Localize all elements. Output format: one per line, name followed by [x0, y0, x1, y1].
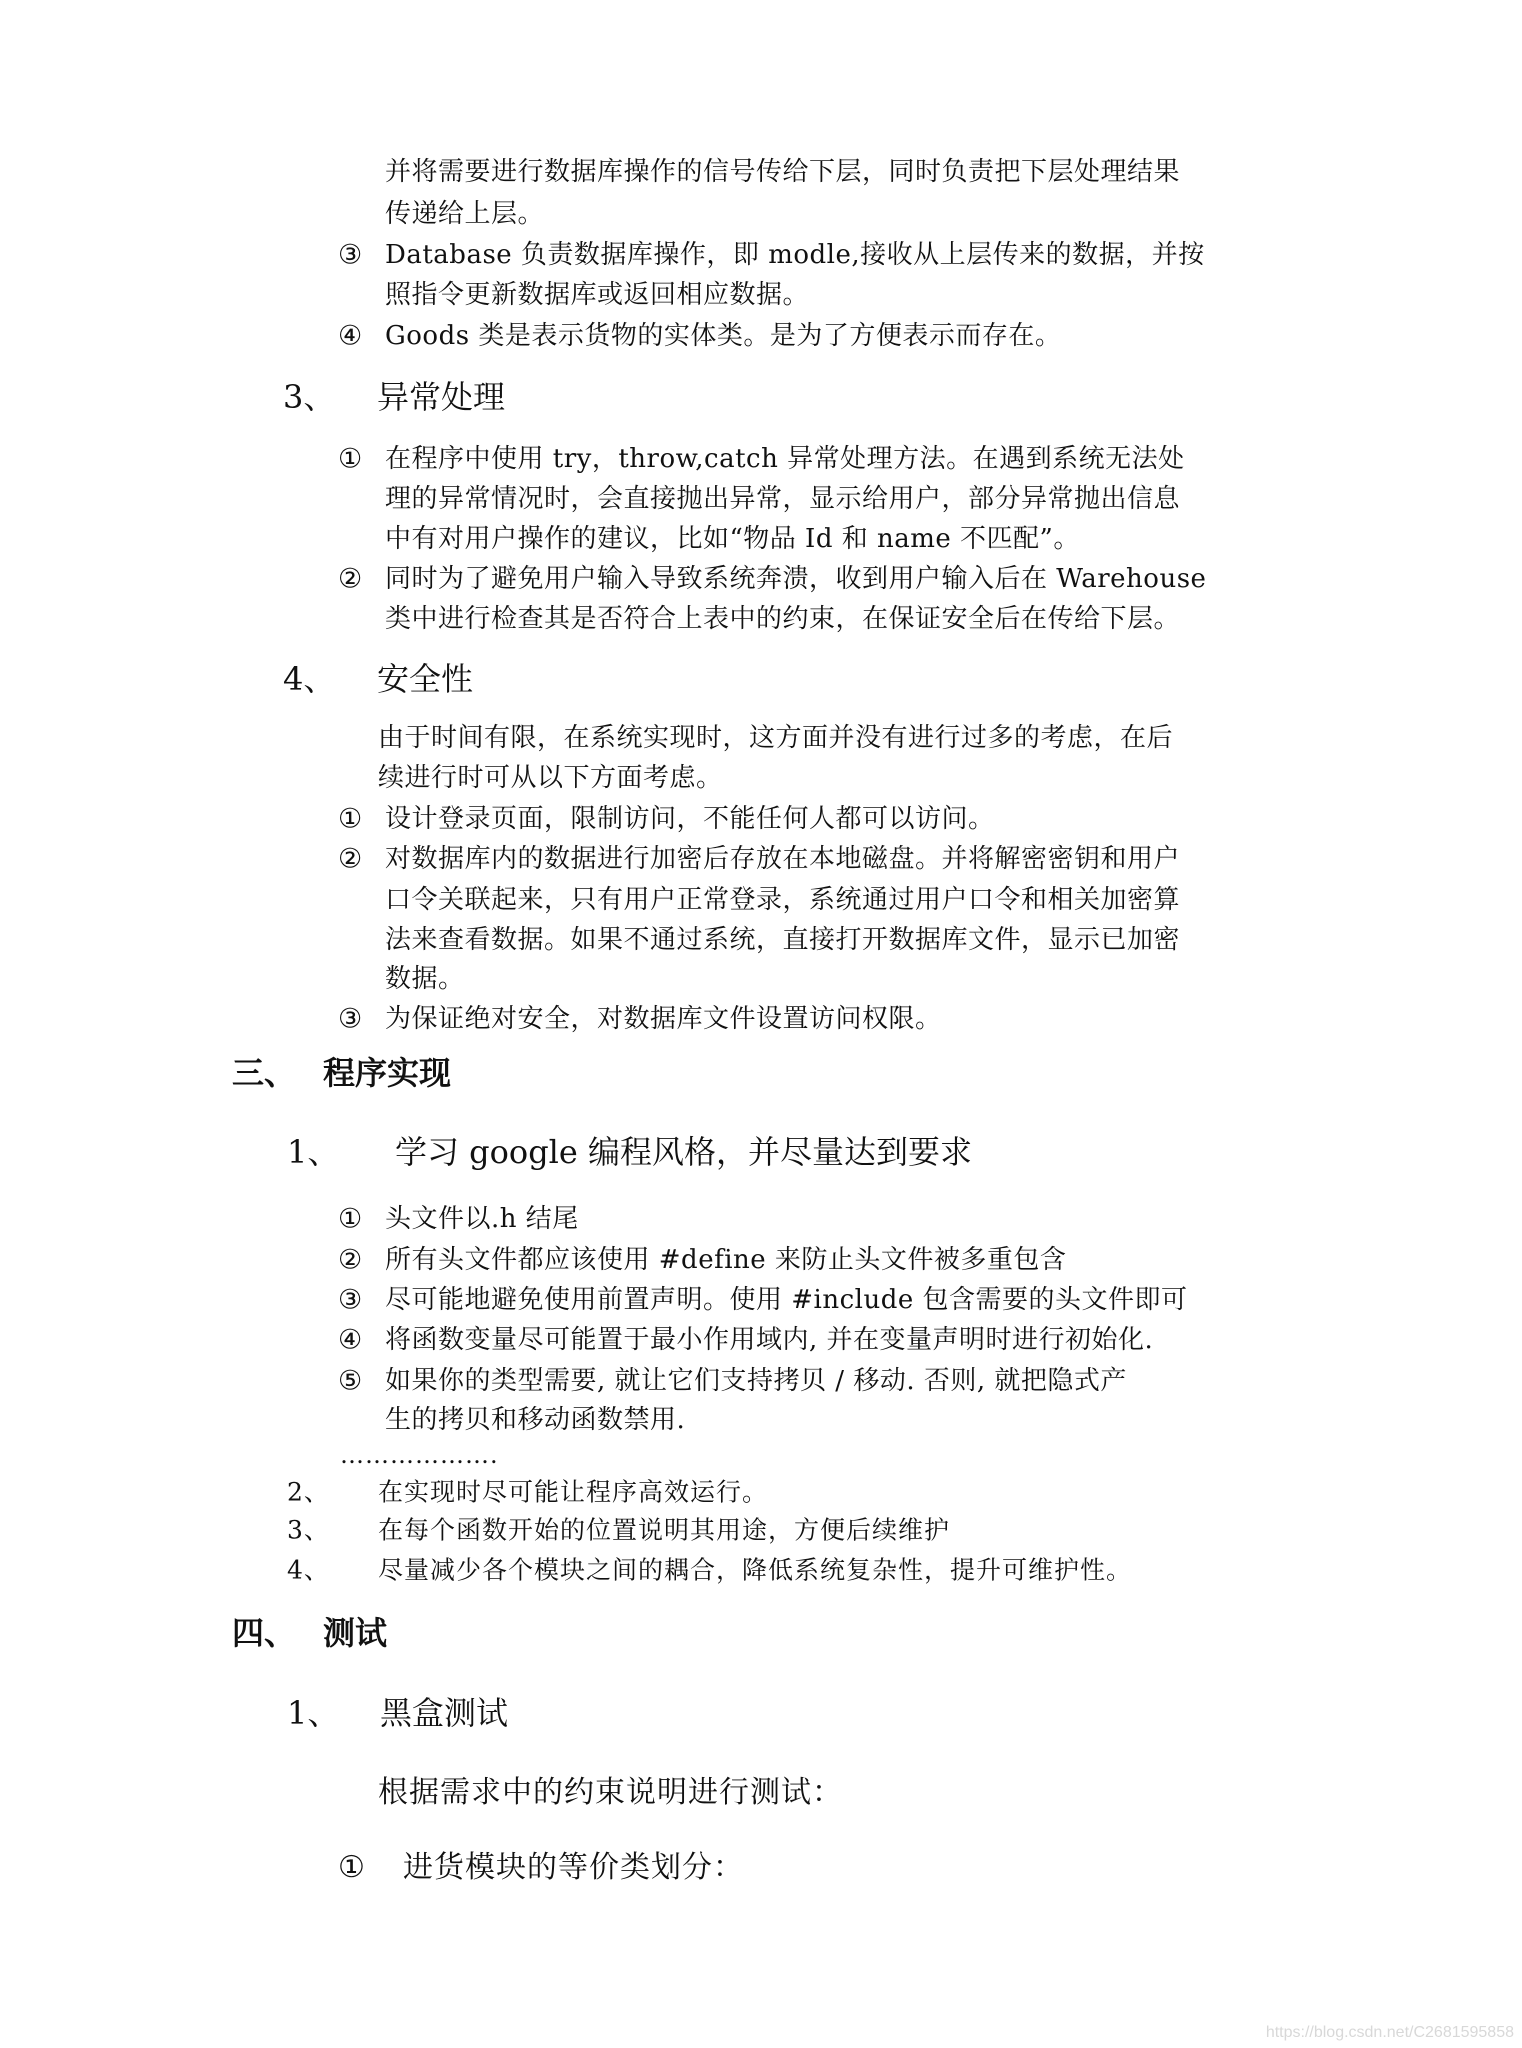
list-item-line: 数据。	[385, 966, 465, 992]
paragraph-line: 传递给上层。	[385, 201, 544, 227]
list-marker: ③	[338, 242, 362, 269]
list-marker: ①	[338, 806, 362, 833]
list-marker: ②	[338, 1247, 362, 1274]
section-title: 程序实现	[323, 1057, 451, 1089]
section-number: 四、	[232, 1617, 296, 1649]
list-item-line: 法来查看数据。如果不通过系统，直接打开数据库文件，显示已加密	[385, 927, 1180, 953]
list-item-line: Database 负责数据库操作，即 modle,接收从上层传来的数据，并按	[385, 242, 1205, 268]
section-number: 三、	[232, 1057, 296, 1089]
list-marker: ⑤	[338, 1368, 362, 1395]
paragraph-line: 由于时间有限，在系统实现时，这方面并没有进行过多的考虑，在后	[378, 725, 1173, 751]
point-number: 2、	[287, 1480, 330, 1505]
subsection-title: 安全性	[377, 663, 473, 695]
watermark: https://blog.csdn.net/C2681595858	[1266, 2024, 1514, 2042]
paragraph-line: 根据需求中的约束说明进行测试：	[378, 1778, 843, 1808]
point-number: 4、	[287, 1558, 330, 1583]
list-item-line: 对数据库内的数据进行加密后存放在本地磁盘。并将解密密钥和用户	[385, 846, 1180, 872]
list-item-line: 进货模块的等价类划分：	[403, 1853, 744, 1883]
list-item-line: 在程序中使用 try，throw,catch 异常处理方法。在遇到系统无法处	[385, 446, 1185, 472]
list-marker: ①	[338, 1853, 366, 1883]
subsection-number: 1、	[287, 1136, 339, 1168]
paragraph-line: 续进行时可从以下方面考虑。	[378, 765, 723, 791]
subsection-number: 1、	[287, 1697, 339, 1729]
subsection-title: 异常处理	[377, 381, 505, 413]
subsection-title: 黑盒测试	[380, 1697, 508, 1729]
list-item-line: 生的拷贝和移动函数禁用.	[385, 1407, 685, 1433]
list-item-line: 设计登录页面，限制访问，不能任何人都可以访问。	[385, 806, 995, 832]
list-marker: ②	[338, 566, 362, 593]
list-marker: ④	[338, 323, 362, 350]
list-marker: ④	[338, 1327, 362, 1354]
list-item-line: 为保证绝对安全，对数据库文件设置访问权限。	[385, 1006, 942, 1032]
ellipsis: ……………….	[340, 1443, 499, 1467]
subsection-number: 3、	[283, 381, 335, 413]
point-text: 在实现时尽可能让程序高效运行。	[378, 1480, 768, 1505]
list-marker: ③	[338, 1006, 362, 1033]
subsection-number: 4、	[283, 663, 335, 695]
list-marker: ③	[338, 1287, 362, 1314]
list-item-line: 照指令更新数据库或返回相应数据。	[385, 282, 809, 308]
list-item-line: Goods 类是表示货物的实体类。是为了方便表示而存在。	[385, 323, 1061, 349]
list-item-line: 尽可能地避免使用前置声明。使用 #include 包含需要的头文件即可	[385, 1287, 1188, 1313]
section-title: 测试	[323, 1617, 387, 1649]
list-item-line: 所有头文件都应该使用 #define 来防止头文件被多重包含	[385, 1247, 1066, 1273]
list-marker: ①	[338, 1206, 362, 1233]
list-item-line: 理的异常情况时，会直接抛出异常，显示给用户，部分异常抛出信息	[385, 486, 1180, 512]
paragraph-line: 并将需要进行数据库操作的信号传给下层，同时负责把下层处理结果	[385, 159, 1180, 185]
list-item-line: 头文件以.h 结尾	[385, 1206, 579, 1232]
list-item-line: 中有对用户操作的建议，比如“物品 Id 和 name 不匹配”。	[385, 526, 1080, 552]
point-text: 尽量减少各个模块之间的耦合，降低系统复杂性，提升可维护性。	[378, 1558, 1132, 1583]
list-item-line: 如果你的类型需要, 就让它们支持拷贝 / 移动. 否则, 就把隐式产	[385, 1368, 1127, 1394]
list-item-line: 口令关联起来，只有用户正常登录，系统通过用户口令和相关加密算	[385, 887, 1180, 913]
list-marker: ①	[338, 446, 362, 473]
list-item-line: 同时为了避免用户输入导致系统奔溃，收到用户输入后在 Warehouse	[385, 566, 1206, 592]
subsection-title: 学习 google 编程风格，并尽量达到要求	[395, 1136, 972, 1168]
point-number: 3、	[287, 1518, 330, 1543]
list-marker: ②	[338, 846, 362, 873]
list-item-line: 将函数变量尽可能置于最小作用域内, 并在变量声明时进行初始化.	[385, 1327, 1153, 1353]
point-text: 在每个函数开始的位置说明其用途，方便后续维护	[378, 1518, 950, 1543]
list-item-line: 类中进行检查其是否符合上表中的约束，在保证安全后在传给下层。	[385, 606, 1180, 632]
